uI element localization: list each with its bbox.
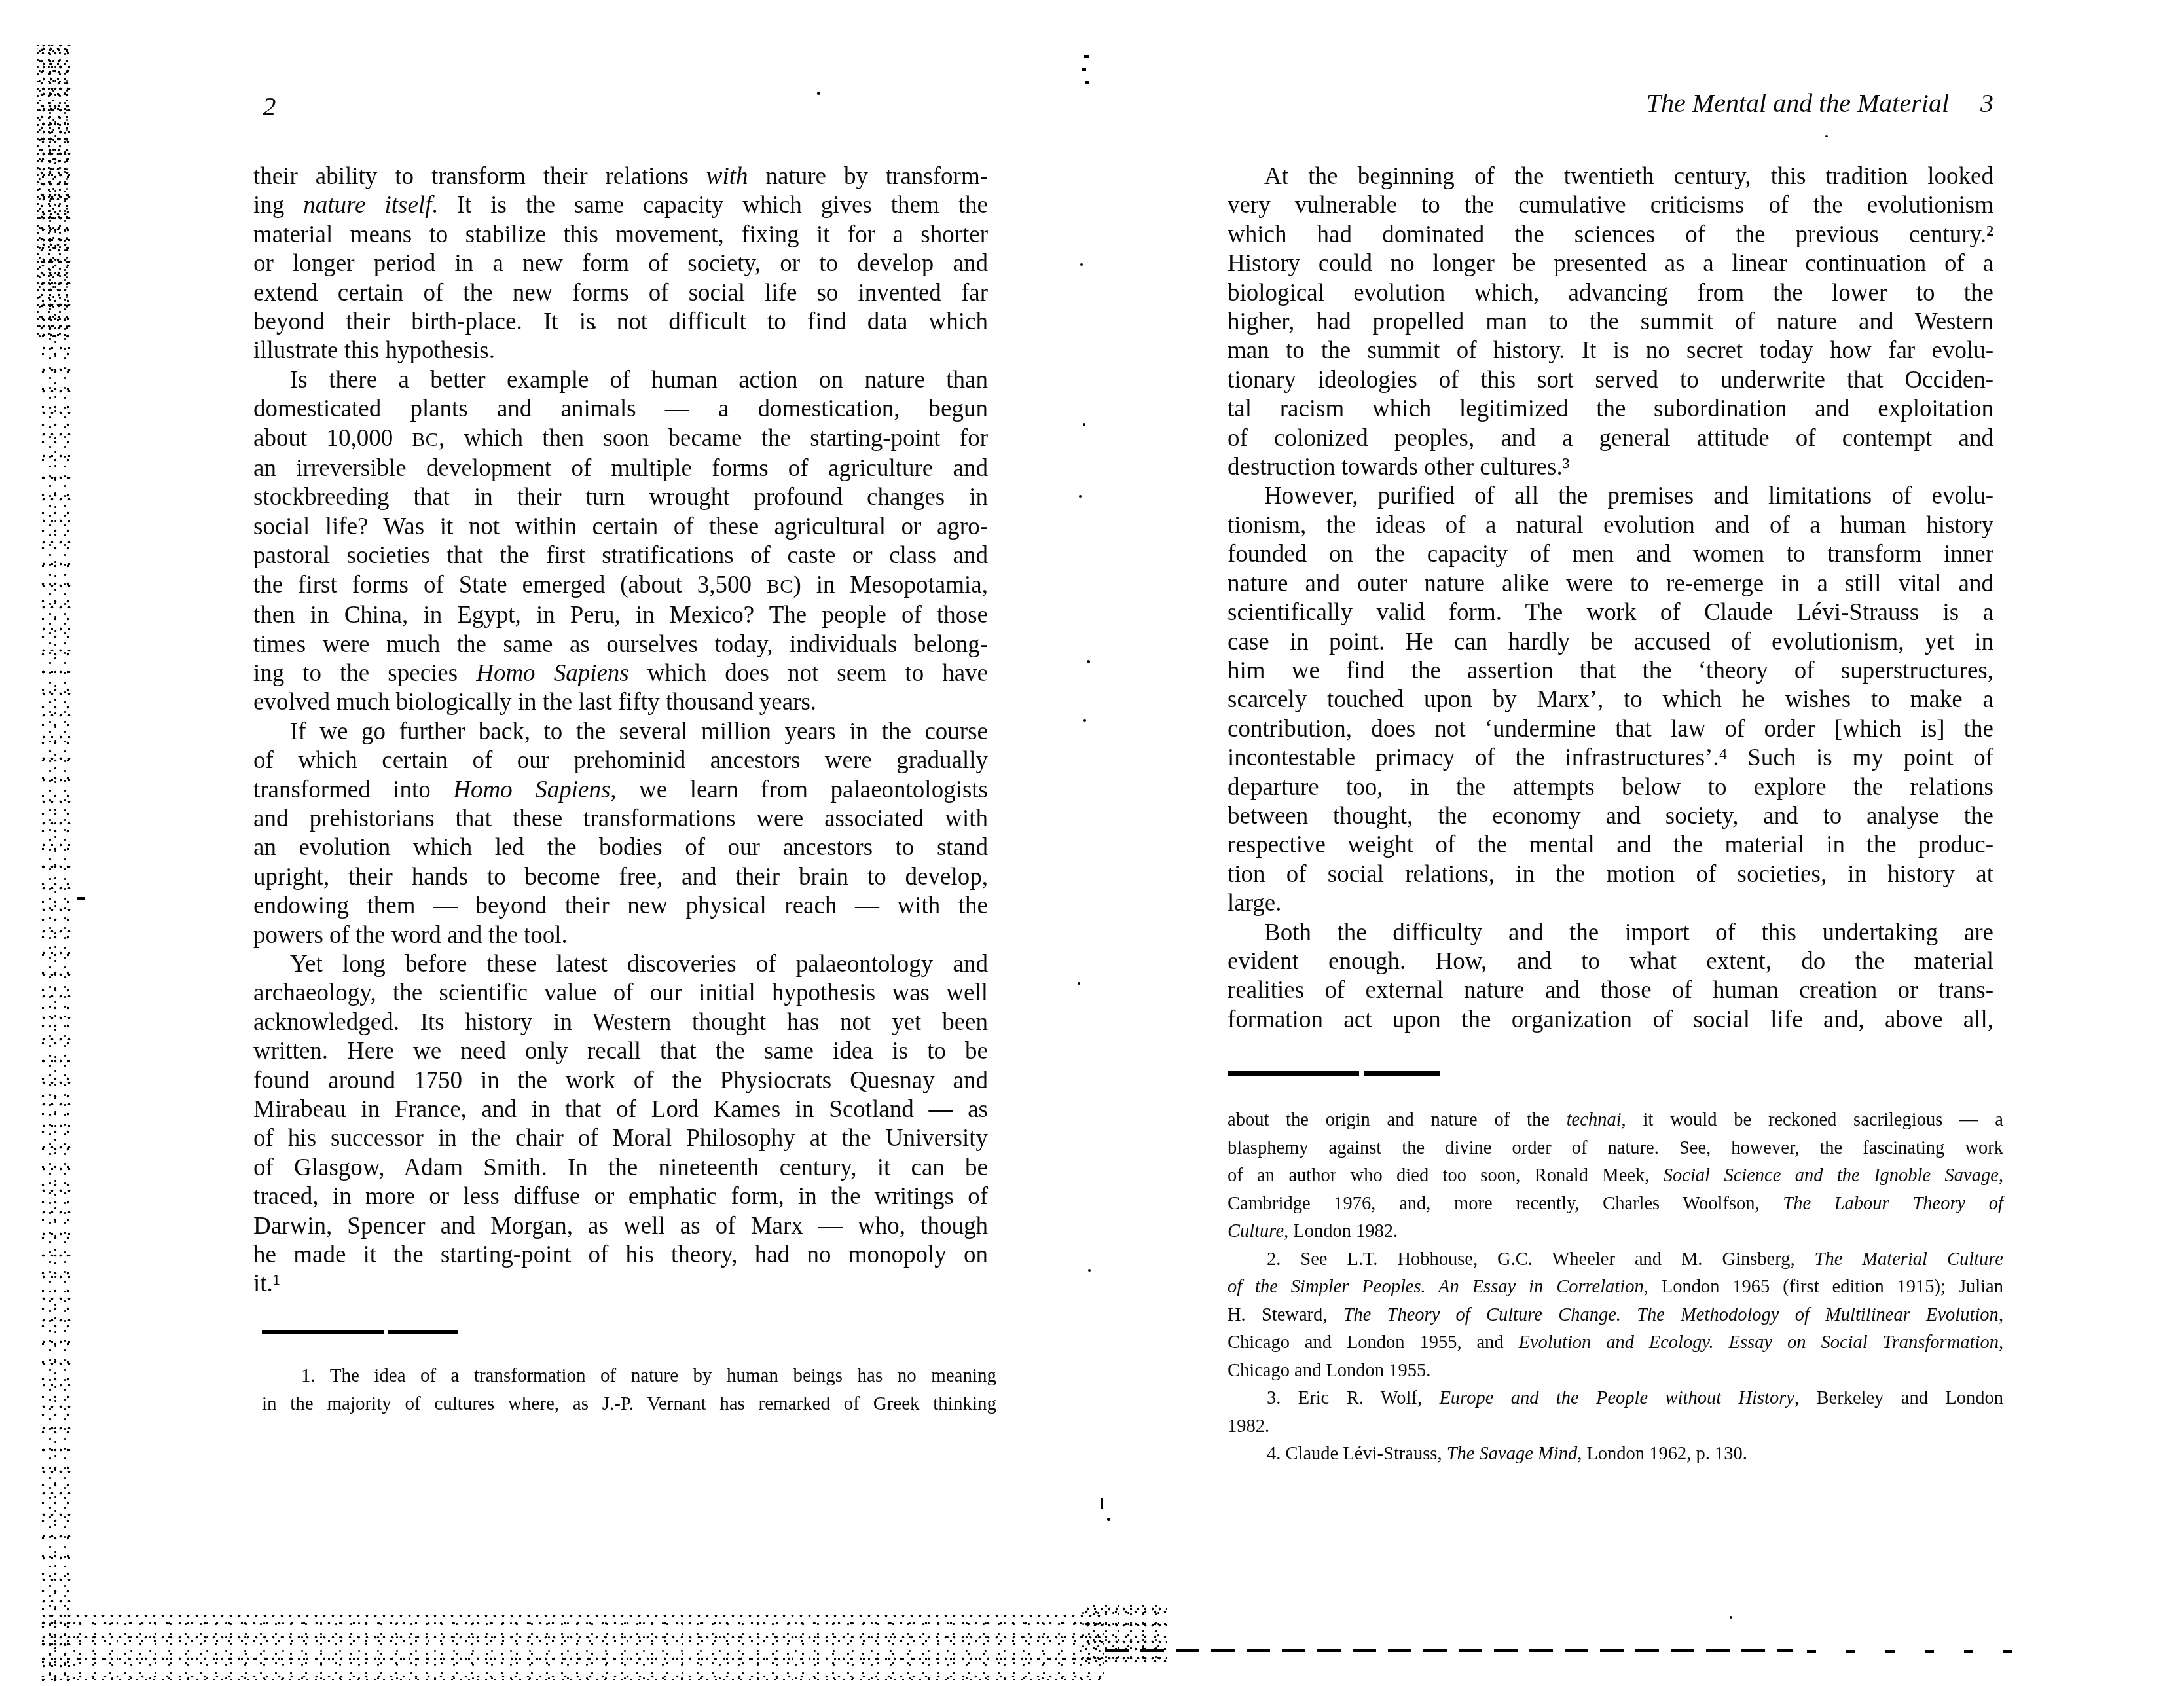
text-line: destruction towards other cultures.³ (1228, 453, 1993, 482)
fold-mark (1080, 263, 1083, 266)
text-line: contribution, does not ‘undermine that l… (1228, 715, 1993, 744)
fold-mark (1083, 719, 1086, 722)
text-line: Chicago and London 1955, and Evolution a… (1228, 1329, 2003, 1357)
scan-speckle-left-band-top (37, 45, 70, 339)
text-line: 1982. (1228, 1413, 2003, 1441)
text-line: traced, in more or less diffuse or empha… (253, 1182, 988, 1211)
noise-dot (1730, 1616, 1732, 1619)
text-line: endowing them — beyond their new physica… (253, 892, 988, 921)
text-line: ing nature itself. It is the same capaci… (253, 191, 988, 220)
paragraph: At the beginning of the twentieth centur… (1228, 162, 1993, 482)
text-line: large. (1228, 889, 1993, 918)
text-line: extend certain of the new forms of socia… (253, 279, 988, 308)
left-page-number: 2 (263, 90, 276, 122)
text-line: 4. Claude Lévi-Strauss, The Savage Mind,… (1228, 1440, 2003, 1469)
paragraph: 2. See L.T. Hobhouse, G.C. Wheeler and M… (1228, 1246, 2003, 1385)
running-header-title: The Mental and the Material (1647, 88, 1949, 118)
text-line: departure too, in the attempts below to … (1228, 773, 1993, 802)
fold-mark (1107, 1518, 1110, 1521)
text-line: History could no longer be presented as … (1228, 249, 1993, 278)
text-line: him we find the assertion that the ‘theo… (1228, 657, 1993, 686)
text-line: archaeology, the scientific value of our… (253, 979, 988, 1008)
scan-bottom-broken-line (1105, 1649, 1793, 1652)
text-line: of Glasgow, Adam Smith. In the nineteent… (253, 1154, 988, 1182)
fold-mark (1101, 1498, 1103, 1509)
text-line: If we go further back, to the several mi… (253, 718, 988, 746)
noise-dot (77, 897, 85, 900)
text-line: in the majority of cultures where, as J.… (262, 1390, 996, 1418)
text-line: Chicago and London 1955. (1228, 1357, 2003, 1385)
text-line: of the Simpler Peoples. An Essay in Corr… (1228, 1274, 2003, 1302)
footnote-rule (1228, 1071, 1440, 1076)
text-line: evident enough. How, and to what extent,… (1228, 947, 1993, 976)
text-line: Darwin, Spencer and Morgan, as well as o… (253, 1212, 988, 1241)
scan-bottom-broken-line-ext (1807, 1650, 2023, 1653)
scan-speckle-bottom-band (37, 1615, 1104, 1680)
text-line: written. Here we need only recall that t… (253, 1037, 988, 1066)
text-line: very vulnerable to the cumulative critic… (1228, 191, 1993, 220)
fold-mark (1088, 1269, 1091, 1272)
text-line: pastoral societies that the first strati… (253, 541, 988, 570)
text-line: Cambridge 1976, and, more recently, Char… (1228, 1190, 2003, 1219)
text-line: H. Steward, The Theory of Culture Change… (1228, 1302, 2003, 1330)
text-line: tion of social relations, in the motion … (1228, 860, 1993, 889)
text-line: tionary ideologies of this sort served t… (1228, 366, 1993, 395)
text-line: evolved much biologically in the last fi… (253, 688, 988, 717)
text-line: an evolution which led the bodies of our… (253, 834, 988, 862)
text-line: biological evolution which, advancing fr… (1228, 279, 1993, 308)
fold-mark (1078, 982, 1080, 985)
text-line: which had dominated the sciences of the … (1228, 221, 1993, 249)
right-page-body: At the beginning of the twentieth centur… (1228, 162, 1993, 1035)
text-line: of an author who died too soon, Ronald M… (1228, 1162, 2003, 1190)
text-line: scientifically valid form. The work of C… (1228, 598, 1993, 627)
paragraph: 4. Claude Lévi-Strauss, The Savage Mind,… (1228, 1440, 2003, 1469)
text-line: or longer period in a new form of societ… (253, 249, 988, 278)
text-line: Both the difficulty and the import of th… (1228, 919, 1993, 947)
text-line: scarcely touched upon by Marx’, to which… (1228, 686, 1993, 714)
text-line: about 10,000 BC, which then soon became … (253, 424, 988, 454)
fold-mark (1082, 68, 1086, 71)
paragraph: their ability to transform their relatio… (253, 162, 988, 366)
scan-speckle-fold-cluster (1082, 1605, 1167, 1664)
text-line: 2. See L.T. Hobhouse, G.C. Wheeler and M… (1228, 1246, 2003, 1274)
text-line: beyond their birth-place. It is not diff… (253, 308, 988, 337)
fold-mark (1087, 660, 1090, 663)
text-line: Is there a better example of human actio… (253, 366, 988, 395)
text-line: times were much the same as ourselves to… (253, 631, 988, 659)
text-line: social life? Was it not within certain o… (253, 513, 988, 541)
text-line: nature and outer nature alike were to re… (1228, 570, 1993, 598)
text-line: blasphemy against the divine order of na… (1228, 1135, 2003, 1163)
right-page-number: 3 (1980, 88, 1993, 118)
text-line: case in point. He can hardly be accused … (1228, 628, 1993, 657)
text-line: transformed into Homo Sapiens, we learn … (253, 776, 988, 805)
text-line: it.¹ (253, 1270, 988, 1298)
text-line: ing to the species Homo Sapiens which do… (253, 659, 988, 688)
text-line: higher, had propelled man to the summit … (1228, 308, 1993, 337)
text-line: However, purified of all the premises an… (1228, 482, 1993, 511)
text-line: then in China, in Egypt, in Peru, in Mex… (253, 601, 988, 630)
paragraph: Both the difficulty and the import of th… (1228, 919, 1993, 1035)
right-page-footnotes: about the origin and nature of the techn… (1228, 1071, 2003, 1469)
text-line: about the origin and nature of the techn… (1228, 1107, 2003, 1135)
text-line: Culture, London 1982. (1228, 1218, 2003, 1246)
fold-mark (1085, 81, 1089, 84)
paragraph: 1. The idea of a transformation of natur… (262, 1362, 996, 1418)
text-line: Mirabeau in France, and in that of Lord … (253, 1095, 988, 1124)
text-line: Yet long before these latest discoveries… (253, 950, 988, 979)
paragraph: However, purified of all the premises an… (1228, 482, 1993, 918)
text-line: found around 1750 in the work of the Phy… (253, 1067, 988, 1095)
text-line: and prehistorians that these transformat… (253, 805, 988, 834)
text-line: 1. The idea of a transformation of natur… (262, 1362, 996, 1390)
text-line: man to the summit of history. It is no s… (1228, 337, 1993, 365)
paragraph: Yet long before these latest discoveries… (253, 950, 988, 1299)
text-line: he made it the starting-point of his the… (253, 1241, 988, 1270)
text-line: an irreversible development of multiple … (253, 454, 988, 483)
noise-dot (1825, 135, 1828, 137)
text-line: founded on the capacity of men and women… (1228, 540, 1993, 569)
text-line: respective weight of the mental and the … (1228, 831, 1993, 860)
text-line: formation act upon the organization of s… (1228, 1006, 1993, 1035)
text-line: material means to stabilize this movemen… (253, 221, 988, 249)
left-page-footnotes: 1. The idea of a transformation of natur… (262, 1330, 996, 1418)
text-line: tionism, the ideas of a natural evolutio… (1228, 511, 1993, 540)
paragraph: about the origin and nature of the techn… (1228, 1107, 2003, 1246)
fold-mark (1083, 423, 1085, 426)
text-line: powers of the word and the tool. (253, 921, 988, 950)
text-line: their ability to transform their relatio… (253, 162, 988, 191)
text-line: 3. Eric R. Wolf, Europe and the People w… (1228, 1385, 2003, 1413)
paragraph: If we go further back, to the several mi… (253, 718, 988, 950)
text-line: the first forms of State emerged (about … (253, 571, 988, 601)
text-line: of colonized peoples, and a general atti… (1228, 424, 1993, 453)
text-line: of which certain of our prehominid ances… (253, 746, 988, 775)
text-line: tal racism which legitimized the subordi… (1228, 395, 1993, 424)
footnote-rule (262, 1330, 458, 1334)
text-line: of his successor in the chair of Moral P… (253, 1124, 988, 1153)
text-line: illustrate this hypothesis. (253, 337, 988, 365)
text-line: stockbreeding that in their turn wrought… (253, 483, 988, 512)
noise-dot (817, 92, 820, 95)
footnote-text: about the origin and nature of the techn… (1228, 1107, 2003, 1469)
fold-mark (1084, 55, 1089, 58)
running-header: The Mental and the Material3 (1228, 88, 1993, 119)
text-line: incontestable primacy of the infrastruct… (1228, 744, 1993, 773)
text-line: acknowledged. Its history in Western tho… (253, 1008, 988, 1037)
left-page-body: their ability to transform their relatio… (253, 162, 988, 1299)
paragraph: 3. Eric R. Wolf, Europe and the People w… (1228, 1385, 2003, 1440)
text-line: domesticated plants and animals — a dome… (253, 395, 988, 424)
text-line: realities of external nature and those o… (1228, 976, 1993, 1005)
footnote-text: 1. The idea of a transformation of natur… (262, 1362, 996, 1418)
text-line: between thought, the economy and society… (1228, 802, 1993, 831)
fold-mark (1079, 495, 1082, 498)
text-line: upright, their hands to become free, and… (253, 863, 988, 892)
paragraph: Is there a better example of human actio… (253, 366, 988, 718)
text-line: At the beginning of the twentieth centur… (1228, 162, 1993, 191)
